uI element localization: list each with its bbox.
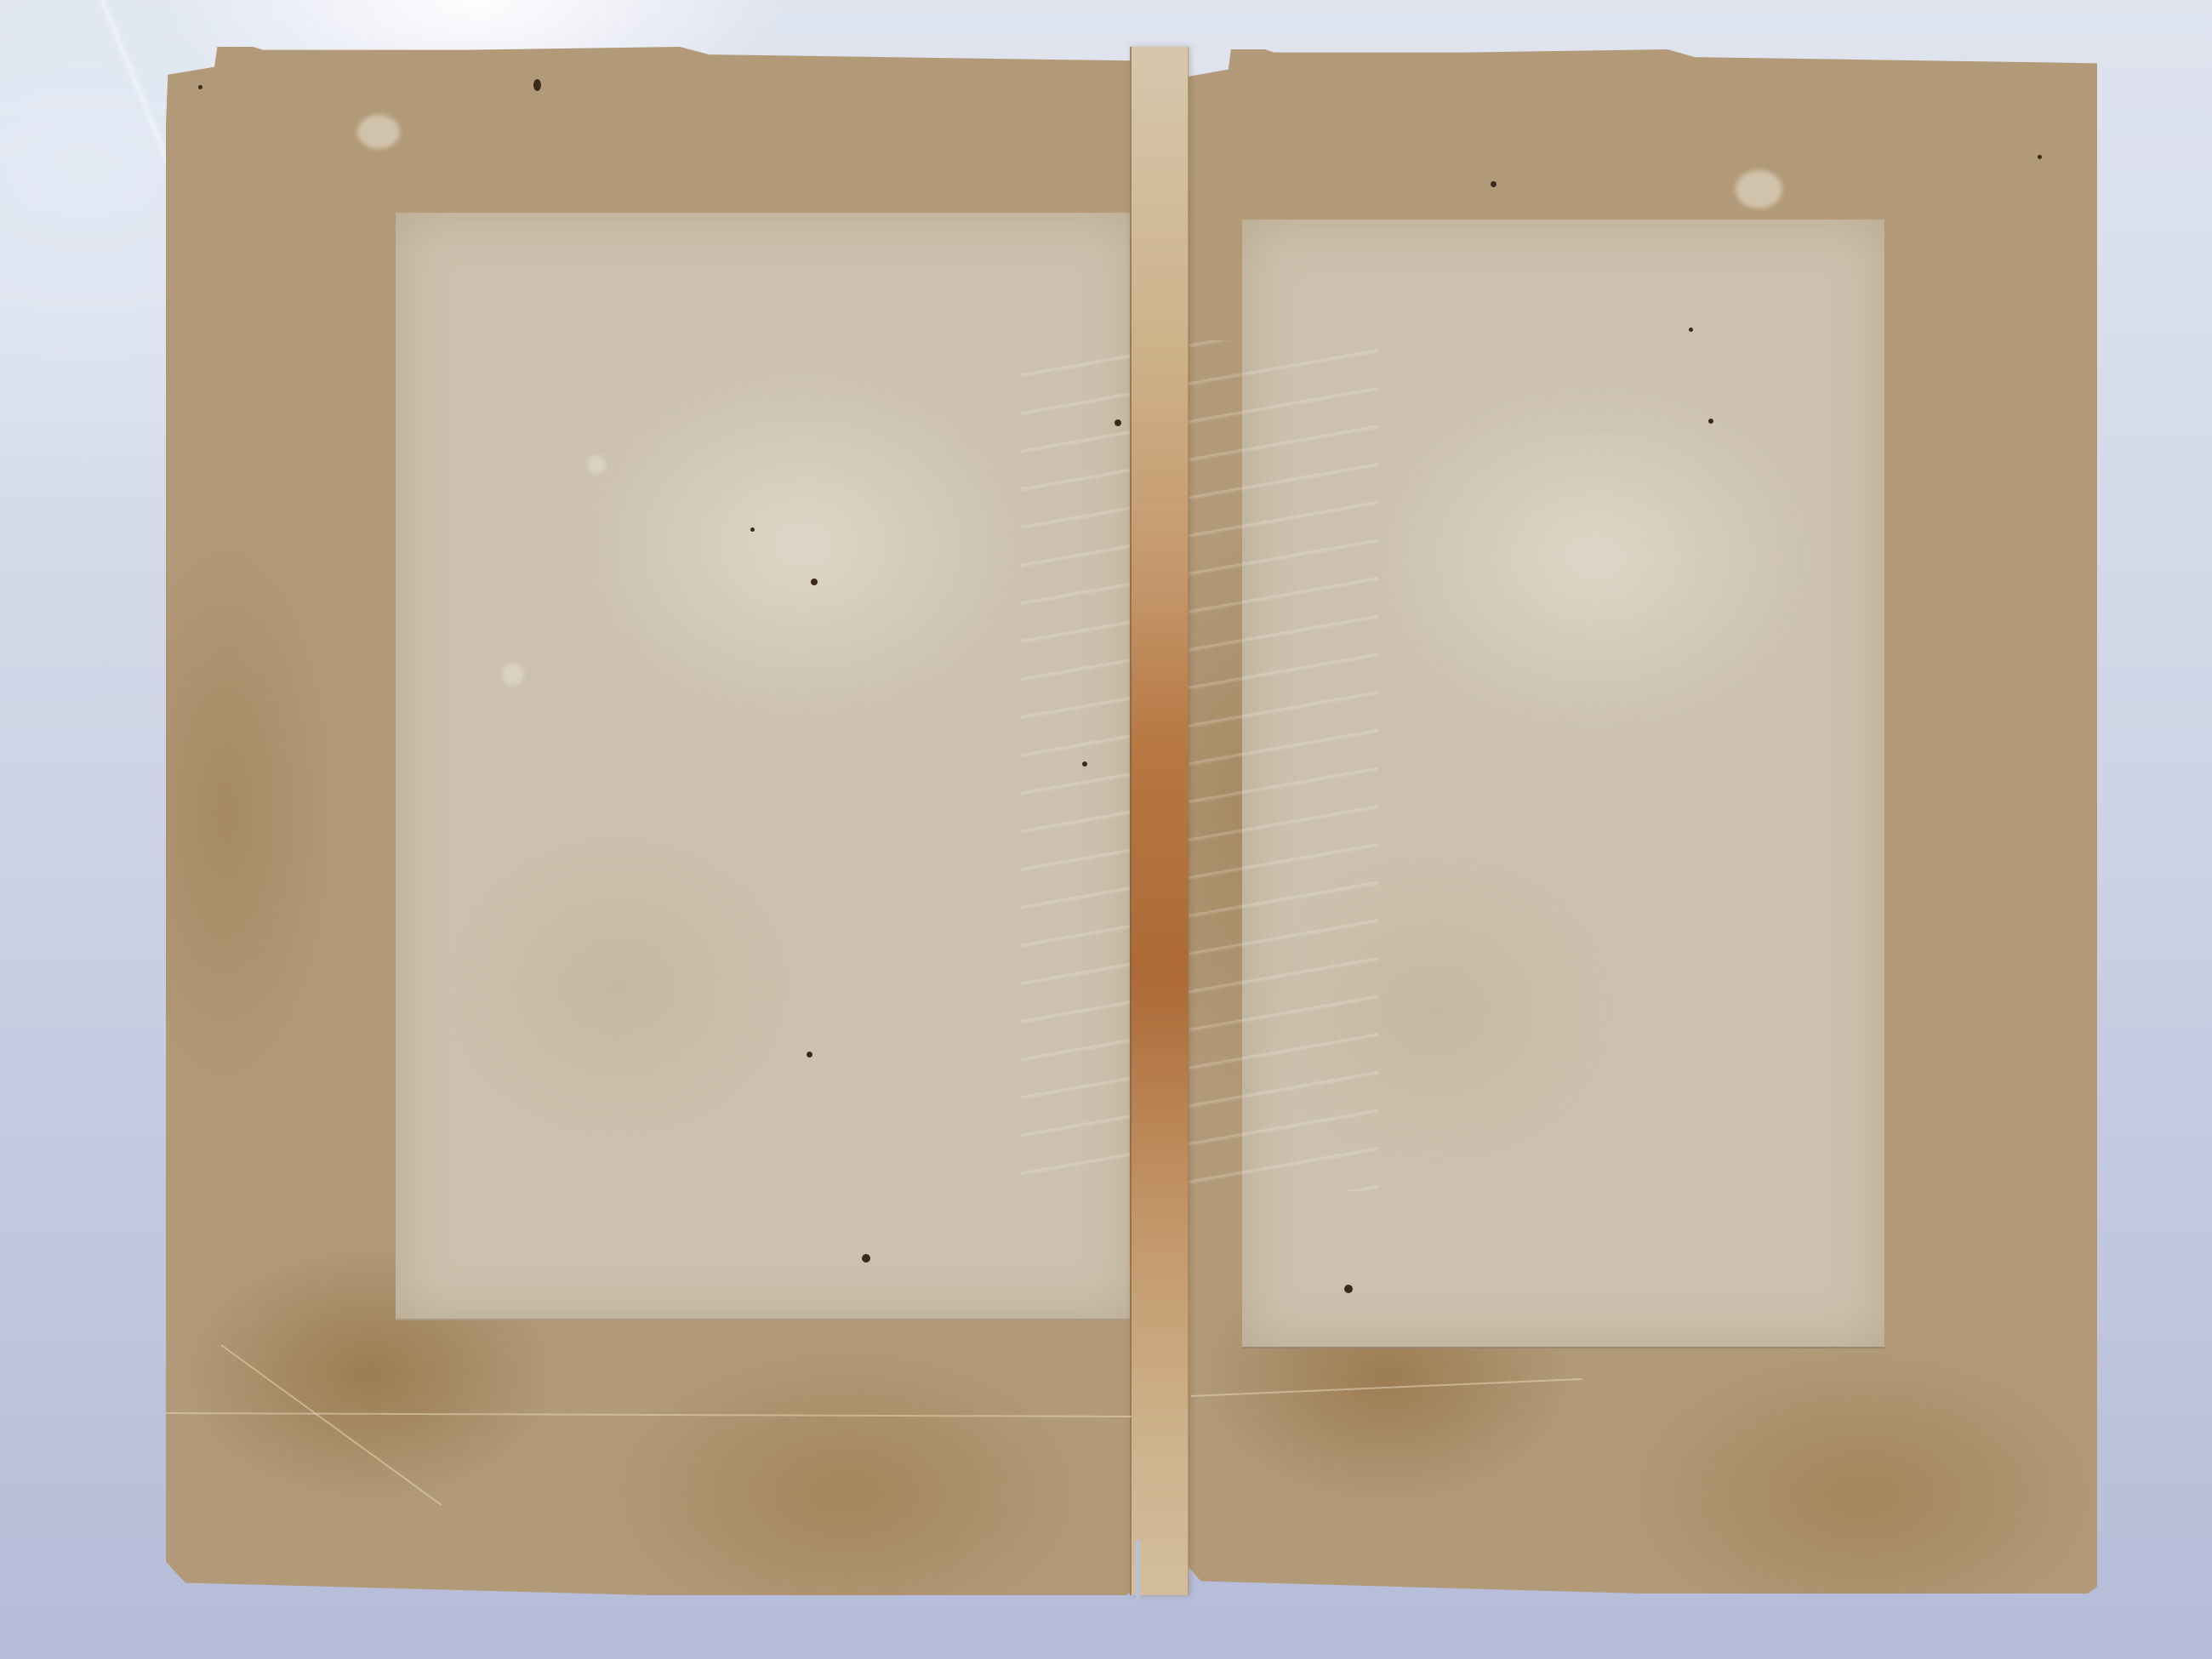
water-spot xyxy=(357,115,400,149)
central-hinge-strip xyxy=(1130,47,1189,1595)
paper-sheet-left-half xyxy=(166,47,1136,1595)
foxing-spot xyxy=(2038,155,2042,159)
fold-separation xyxy=(1136,1540,1140,1599)
foxing-spot xyxy=(1082,761,1087,767)
foxing-spot xyxy=(807,1052,812,1058)
water-spot xyxy=(1736,170,1782,208)
foxing-spot xyxy=(1708,419,1713,424)
water-spot xyxy=(502,664,524,686)
foxing-spot xyxy=(750,527,755,532)
foxing-spot xyxy=(811,579,818,585)
foxing-spot xyxy=(1689,328,1693,332)
foxing-spot xyxy=(1491,181,1497,187)
foxing-spot xyxy=(1115,419,1121,426)
paper-wrinkles xyxy=(1021,340,1378,1191)
water-spot xyxy=(587,455,606,474)
foxing-spot xyxy=(862,1254,870,1263)
foxing-spot xyxy=(198,85,202,89)
foxing-spot xyxy=(533,79,541,91)
foxing-spot xyxy=(1344,1285,1353,1293)
